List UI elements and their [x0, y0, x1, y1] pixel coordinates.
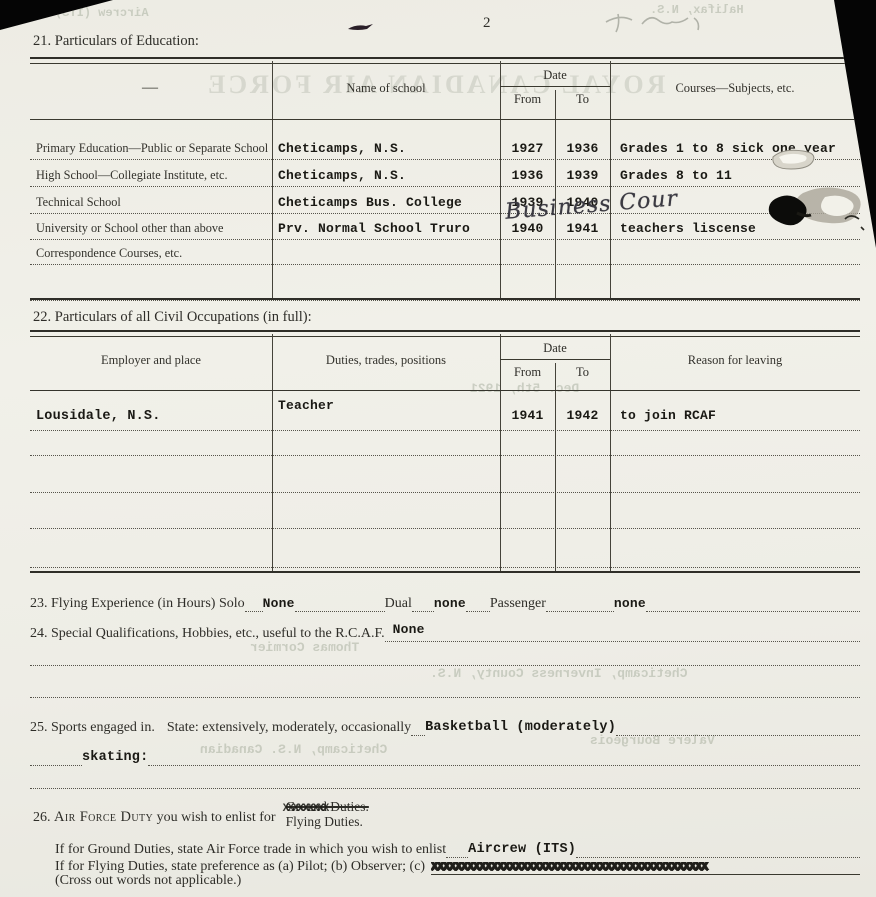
- section-22-heading: 22. Particulars of all Civil Occupations…: [33, 309, 312, 326]
- typed-school: Cheticamps, N.S.: [278, 168, 406, 183]
- row-label: Technical School: [36, 194, 269, 211]
- typed-year-to: 1936: [566, 141, 598, 156]
- overtype-strike: XXXXXXXXX: [283, 803, 328, 815]
- dotted-leader: [466, 598, 490, 612]
- dual-value: none: [434, 596, 466, 611]
- dotted-leader: [148, 752, 860, 766]
- occupation-row-blank: [30, 431, 860, 456]
- courses-header: Courses—Subjects, etc.: [610, 57, 860, 119]
- ground-value: Aircrew (ITS): [468, 842, 576, 857]
- section-23-label: 23. Flying Experience (in Hours) Solo: [30, 596, 245, 612]
- row-label: High School—Collegiate Institute, etc.: [36, 167, 269, 184]
- option-flying-duties: Flying Duties.: [286, 815, 369, 830]
- name-of-school-header: Name of school: [272, 57, 500, 119]
- section-21-heading: 21. Particulars of Education:: [33, 33, 199, 50]
- reason-header: Reason for leaving: [610, 330, 860, 390]
- duties-header: Duties, trades, positions: [272, 330, 500, 390]
- sports-value-2: skating:: [82, 750, 148, 765]
- placeholder-dash: —: [30, 57, 272, 119]
- occupation-row-blank: [30, 529, 860, 568]
- dotted-leader: [446, 844, 468, 858]
- typed-school: Cheticamps, N.S.: [278, 141, 406, 156]
- section-23-line: 23. Flying Experience (in Hours) Solo No…: [30, 592, 860, 612]
- option-ground-duties: Ground Duties. XXXXXXXXX: [286, 800, 369, 815]
- dotted-leader: [30, 752, 82, 766]
- dotted-leader: [412, 598, 434, 612]
- section-26-number: 26.: [33, 810, 51, 825]
- typed-year-to: 1939: [566, 168, 598, 183]
- blank-dotted-line: [30, 687, 860, 698]
- occupations-table: Employer and place Duties, trades, posit…: [30, 330, 860, 573]
- section-24-label: 24. Special Qualifications, Hobbies, etc…: [30, 626, 385, 642]
- sports-value: Basketball (moderately): [425, 720, 616, 735]
- dotted-leader: [646, 598, 860, 612]
- ink-mark: [346, 20, 376, 34]
- to-header: To: [555, 87, 610, 107]
- row-label: Correspondence Courses, etc.: [36, 245, 269, 262]
- occupation-row-blank: [30, 493, 860, 529]
- bleed-through-text: Aircrew (ITS): [55, 6, 149, 20]
- bleed-through-text: Cheticamp, Inverness County, N.S.: [430, 666, 687, 681]
- blank-dotted-line: [30, 778, 860, 789]
- education-row: Technical School Cheticamps Bus. College…: [30, 187, 860, 214]
- date-header: Date: [500, 330, 610, 360]
- section-26-duty-label: Air Force Duty: [54, 809, 153, 825]
- faint-handwriting-mark: [598, 8, 718, 38]
- education-row-blank: [30, 265, 860, 301]
- typed-school: Prv. Normal School Truro: [278, 221, 470, 236]
- typed-year-to: 1941: [566, 221, 598, 236]
- education-row: Primary Education—Public or Separate Sch…: [30, 120, 860, 160]
- row-label: University or School other than above: [36, 220, 269, 237]
- employer-header: Employer and place: [30, 330, 272, 390]
- typed-employer: Lousidale, N.S.: [36, 409, 161, 424]
- section-26-label-rest: you wish to enlist for: [157, 810, 276, 825]
- typed-school: Cheticamps Bus. College: [278, 195, 462, 210]
- dotted-leader: None: [385, 628, 860, 642]
- typed-year-from: 1936: [511, 168, 543, 183]
- bleed-through-text: Thomas Cormier: [250, 640, 359, 655]
- from-header: From: [500, 87, 555, 107]
- typed-courses: teachers liscense: [620, 221, 756, 236]
- qualifications-value: None: [393, 622, 425, 637]
- column-divider: [555, 90, 556, 298]
- dual-label: Dual: [385, 596, 412, 612]
- column-divider: [555, 363, 556, 571]
- passenger-value: none: [614, 596, 646, 611]
- dotted-leader: [576, 844, 860, 858]
- blank-dotted-line: [30, 655, 860, 666]
- cross-out-note: (Cross out words not applicable.): [55, 873, 241, 889]
- typed-year-to: 1942: [566, 408, 598, 423]
- section-25-line: 25. Sports engaged in. State: extensivel…: [30, 714, 860, 736]
- education-row: High School—Collegiate Institute, etc. C…: [30, 160, 860, 187]
- ground-duties-line: If for Ground Duties, state Air Force tr…: [55, 838, 860, 858]
- from-header: From: [500, 360, 555, 380]
- education-row: University or School other than above Pr…: [30, 214, 860, 240]
- section-26-block: 26. Air Force Duty you wish to enlist fo…: [33, 800, 369, 830]
- dotted-leader: [411, 722, 425, 736]
- section-25-label: 25. Sports engaged in.: [30, 720, 155, 736]
- scanned-document: Halifax, N.S. Aircrew (ITS) ROYAL CANADI…: [0, 0, 876, 897]
- typed-year-from: 1941: [511, 408, 543, 423]
- typed-duties: Teacher: [278, 398, 334, 413]
- row-label: Primary Education—Public or Separate Sch…: [36, 140, 269, 157]
- section-25-label-b: State: extensively, moderately, occasion…: [167, 720, 411, 736]
- occupation-row: Lousidale, N.S. Teacher 1941 1942 to joi…: [30, 391, 860, 431]
- section-24-line: 24. Special Qualifications, Hobbies, etc…: [30, 620, 860, 642]
- dotted-leader: [295, 598, 385, 612]
- typed-reason: to join RCAF: [620, 408, 716, 423]
- occupation-row-blank: [30, 456, 860, 493]
- dotted-leader: [616, 722, 860, 736]
- page-number: 2: [483, 15, 491, 32]
- ink-blot-and-tear: [745, 135, 876, 250]
- obliterated-entry: XXXXXXXXXXXXXXXXXXXXXXXXXXXXXXXXXXXXXXXX…: [431, 860, 860, 875]
- dotted-leader: [546, 598, 614, 612]
- typed-courses: Grades 8 to 11: [620, 168, 732, 183]
- date-header: Date: [500, 57, 610, 87]
- education-row: Correspondence Courses, etc.: [30, 240, 860, 265]
- typed-year-from: 1927: [511, 141, 543, 156]
- passenger-label: Passenger: [490, 596, 546, 612]
- ground-line-label: If for Ground Duties, state Air Force tr…: [55, 842, 446, 858]
- education-table: — Name of school Date From To Courses—Su…: [30, 57, 860, 300]
- paper-sheet: Halifax, N.S. Aircrew (ITS) ROYAL CANADI…: [0, 0, 876, 897]
- to-header: To: [555, 360, 610, 380]
- section-25-line2: skating:: [30, 748, 860, 766]
- solo-value: None: [263, 596, 295, 611]
- dotted-leader: [245, 598, 263, 612]
